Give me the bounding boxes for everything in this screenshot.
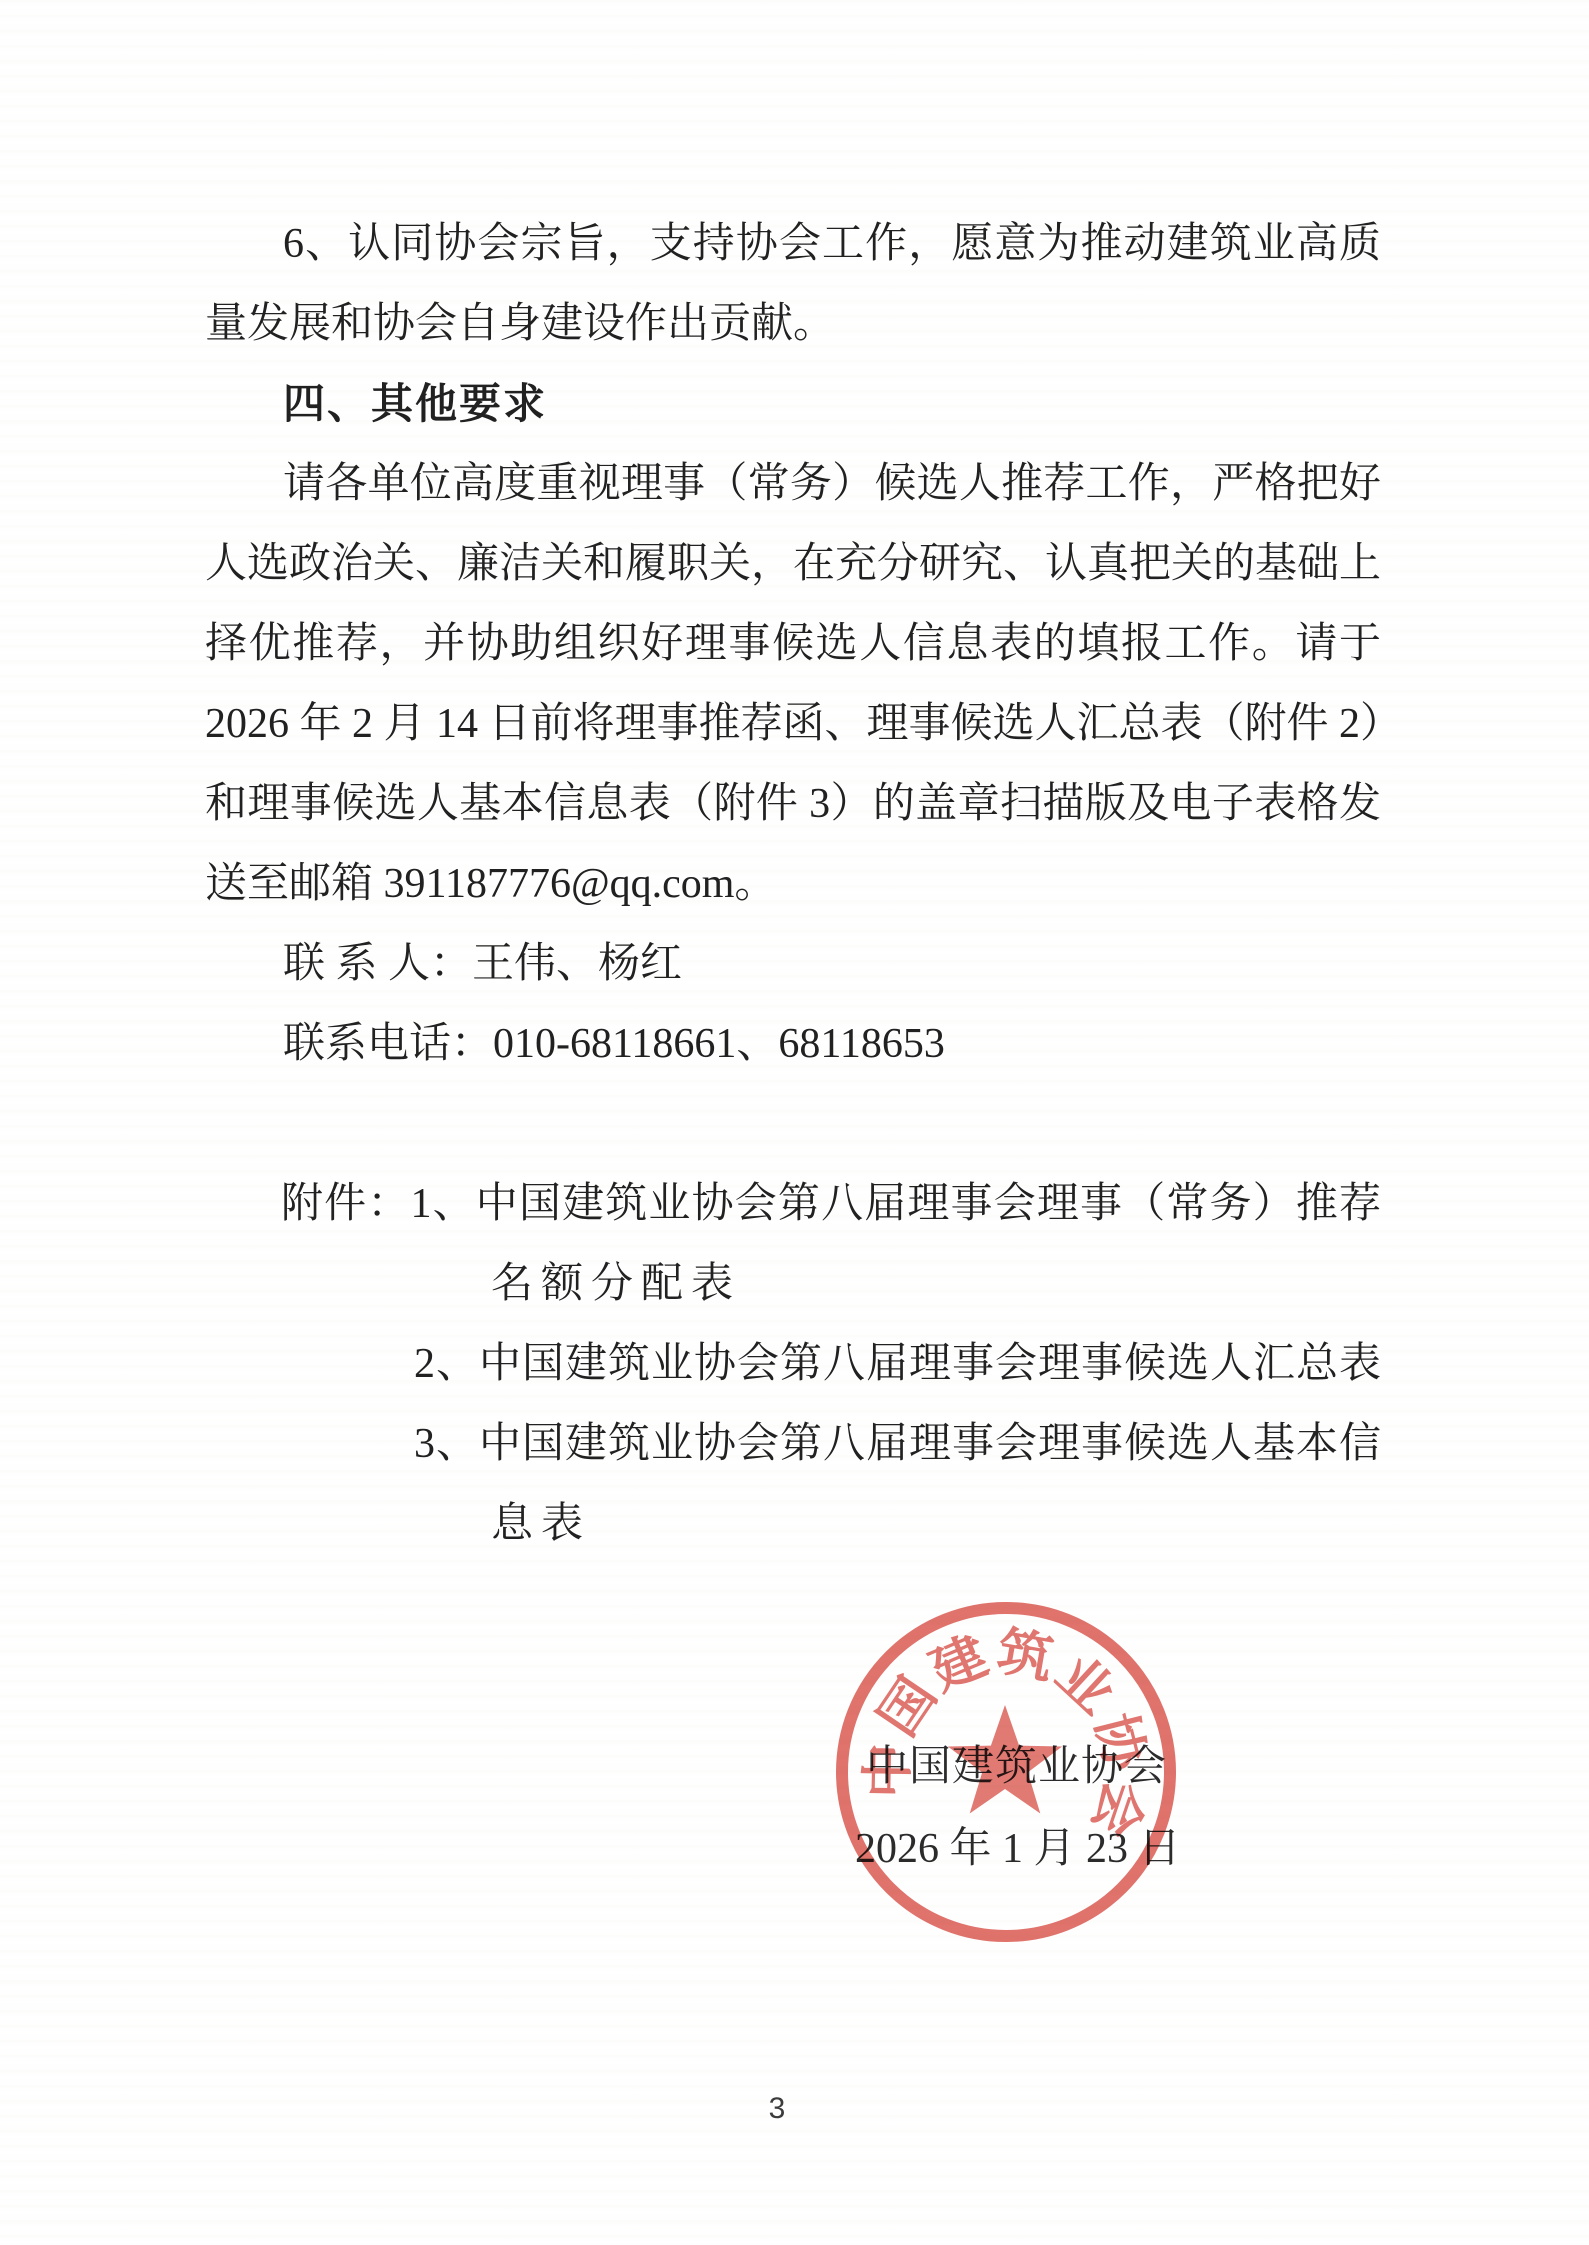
document-page: 6、认同协会宗旨，支持协会工作，愿意为推动建筑业高质 量发展和协会自身建设作出贡… bbox=[0, 0, 1589, 2245]
body-line: 2026 年 2 月 14 日前将理事推荐函、理事候选人汇总表（附件 2） bbox=[205, 684, 1381, 764]
contact-phone-line: 联系电话：010-68118661、68118653 bbox=[205, 1004, 1381, 1084]
signature-date: 2026 年 1 月 23 日 bbox=[855, 1826, 1181, 1872]
seal-arc-text: 中国建筑业协会 bbox=[858, 1622, 1155, 1846]
blank-line bbox=[205, 1084, 1381, 1164]
body-line: 量发展和协会自身建设作出贡献。 bbox=[205, 284, 1381, 364]
body-line: 和理事候选人基本信息表（附件 3）的盖章扫描版及电子表格发 bbox=[205, 764, 1381, 844]
body-line-email: 送至邮箱 391187776@qq.com。 bbox=[205, 844, 1381, 924]
body-line: 请各单位高度重视理事（常务）候选人推荐工作，严格把好 bbox=[205, 444, 1381, 524]
attachment-line-1-cont: 名额分配表 bbox=[205, 1244, 1381, 1324]
signature-org-name: 中国建筑业协会 bbox=[866, 1744, 1167, 1790]
body-text-block: 6、认同协会宗旨，支持协会工作，愿意为推动建筑业高质 量发展和协会自身建设作出贡… bbox=[205, 204, 1381, 1564]
contact-person-line: 联 系 人：王伟、杨红 bbox=[205, 924, 1381, 1004]
attachment-line-2: 2、中国建筑业协会第八届理事会理事候选人汇总表 bbox=[205, 1324, 1381, 1404]
section-heading: 四、其他要求 bbox=[205, 364, 1381, 444]
page-number: 3 bbox=[757, 2092, 797, 2126]
body-line: 6、认同协会宗旨，支持协会工作，愿意为推动建筑业高质 bbox=[205, 204, 1381, 284]
attachment-line-1: 附件：1、中国建筑业协会第八届理事会理事（常务）推荐 bbox=[205, 1164, 1381, 1244]
body-line: 人选政治关、廉洁关和履职关，在充分研究、认真把关的基础上 bbox=[205, 524, 1381, 604]
attachment-line-3: 3、中国建筑业协会第八届理事会理事候选人基本信 bbox=[205, 1404, 1381, 1484]
body-line: 择优推荐，并协助组织好理事候选人信息表的填报工作。请于 bbox=[205, 604, 1381, 684]
attachment-line-3-cont: 息表 bbox=[205, 1484, 1381, 1564]
